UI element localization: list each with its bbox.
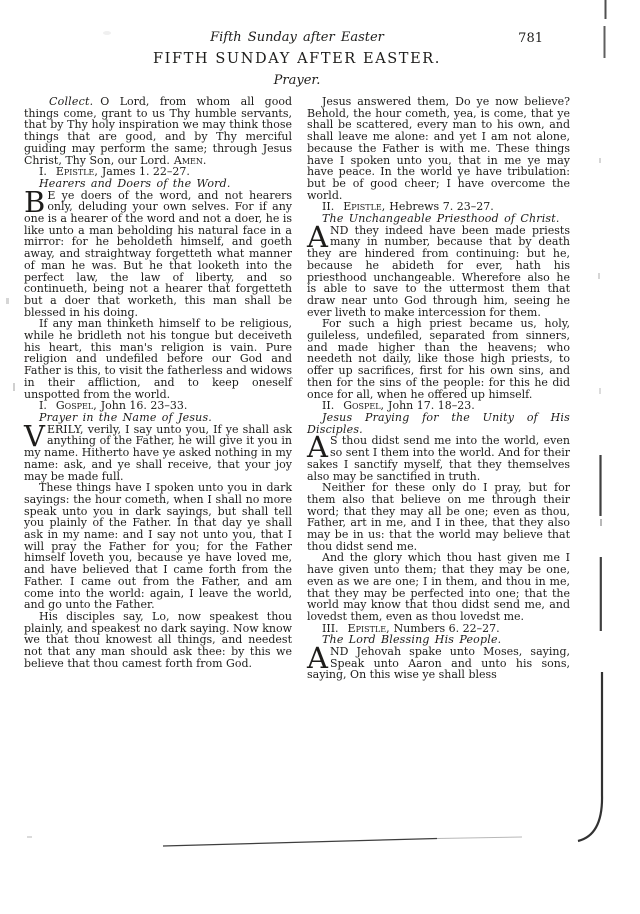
page-subtitle: Prayer. [24, 73, 570, 88]
paragraph-text: S thou didst send me into the world, eve… [307, 434, 570, 482]
scripture-paragraph: And the glory which thou hast given me I… [307, 552, 570, 622]
scripture-paragraph: If any man thinketh himself to be religi… [24, 318, 292, 400]
collect-paragraph: Collect.O Lord, from whom all good thing… [24, 96, 292, 166]
section-subtitle-gospel-2: Jesus Praying for the Unity of His Disci… [307, 412, 570, 435]
scanned-book-page: { "colors": { "ink": "#1d1c1a", "paper":… [0, 0, 640, 914]
paragraph-text: ND they indeed have been made priests ma… [307, 224, 570, 319]
scripture-paragraph: For such a high priest became us, holy, … [307, 318, 570, 400]
bottom-hairline-faint [437, 837, 522, 839]
drop-cap: A [307, 646, 330, 669]
scripture-paragraph: BE ye doers of the word, and not hearers… [24, 190, 292, 319]
paragraph-text: ERILY, verily, I say unto you, If ye sha… [24, 423, 292, 483]
two-column-body: Collect.O Lord, from whom all good thing… [24, 96, 570, 681]
left-margin-speck [13, 383, 15, 391]
running-head: Fifth Sunday after Easter [24, 30, 570, 45]
drop-cap: B [24, 190, 47, 213]
collect-text: O Lord, from whom all good things come, … [24, 95, 292, 167]
drop-cap: V [24, 424, 47, 447]
scripture-paragraph: His disciples say, Lo, now speakest thou… [24, 611, 292, 670]
scripture-paragraph: VERILY, verily, I say unto you, If ye sh… [24, 424, 292, 483]
book-page: Fifth Sunday after Easter 781 FIFTH SUND… [0, 0, 640, 914]
page-title: FIFTH SUNDAY AFTER EASTER. [24, 51, 570, 67]
paragraph-text: ND Jehovah spake unto Moses, saying, Spe… [307, 645, 570, 681]
left-margin-speck [6, 298, 9, 304]
page-header: Fifth Sunday after Easter 781 FIFTH SUND… [24, 30, 570, 88]
left-column: Collect.O Lord, from whom all good thing… [24, 96, 292, 681]
bottom-speck [27, 836, 32, 838]
right-column: Jesus answered them, Do ye now believe? … [307, 96, 570, 681]
scripture-paragraph: These things have I spoken unto you in d… [24, 482, 292, 611]
page-number: 781 [518, 31, 543, 46]
drop-cap: A [307, 225, 330, 248]
page-curl-line [578, 672, 602, 841]
scripture-paragraph: AND they indeed have been made priests m… [307, 225, 570, 319]
text-block: Fifth Sunday after Easter 781 FIFTH SUND… [24, 30, 570, 681]
bottom-hairline [163, 839, 437, 847]
scripture-paragraph: Neither for these only do I pray, but fo… [307, 482, 570, 552]
paragraph-text: E ye doers of the word, and not hearers … [24, 189, 292, 319]
drop-cap: A [307, 435, 330, 458]
scripture-paragraph: AS thou didst send me into the world, ev… [307, 435, 570, 482]
scripture-paragraph: AND Jehovah spake unto Moses, saying, Sp… [307, 646, 570, 681]
scripture-paragraph: Jesus answered them, Do ye now believe? … [307, 96, 570, 201]
